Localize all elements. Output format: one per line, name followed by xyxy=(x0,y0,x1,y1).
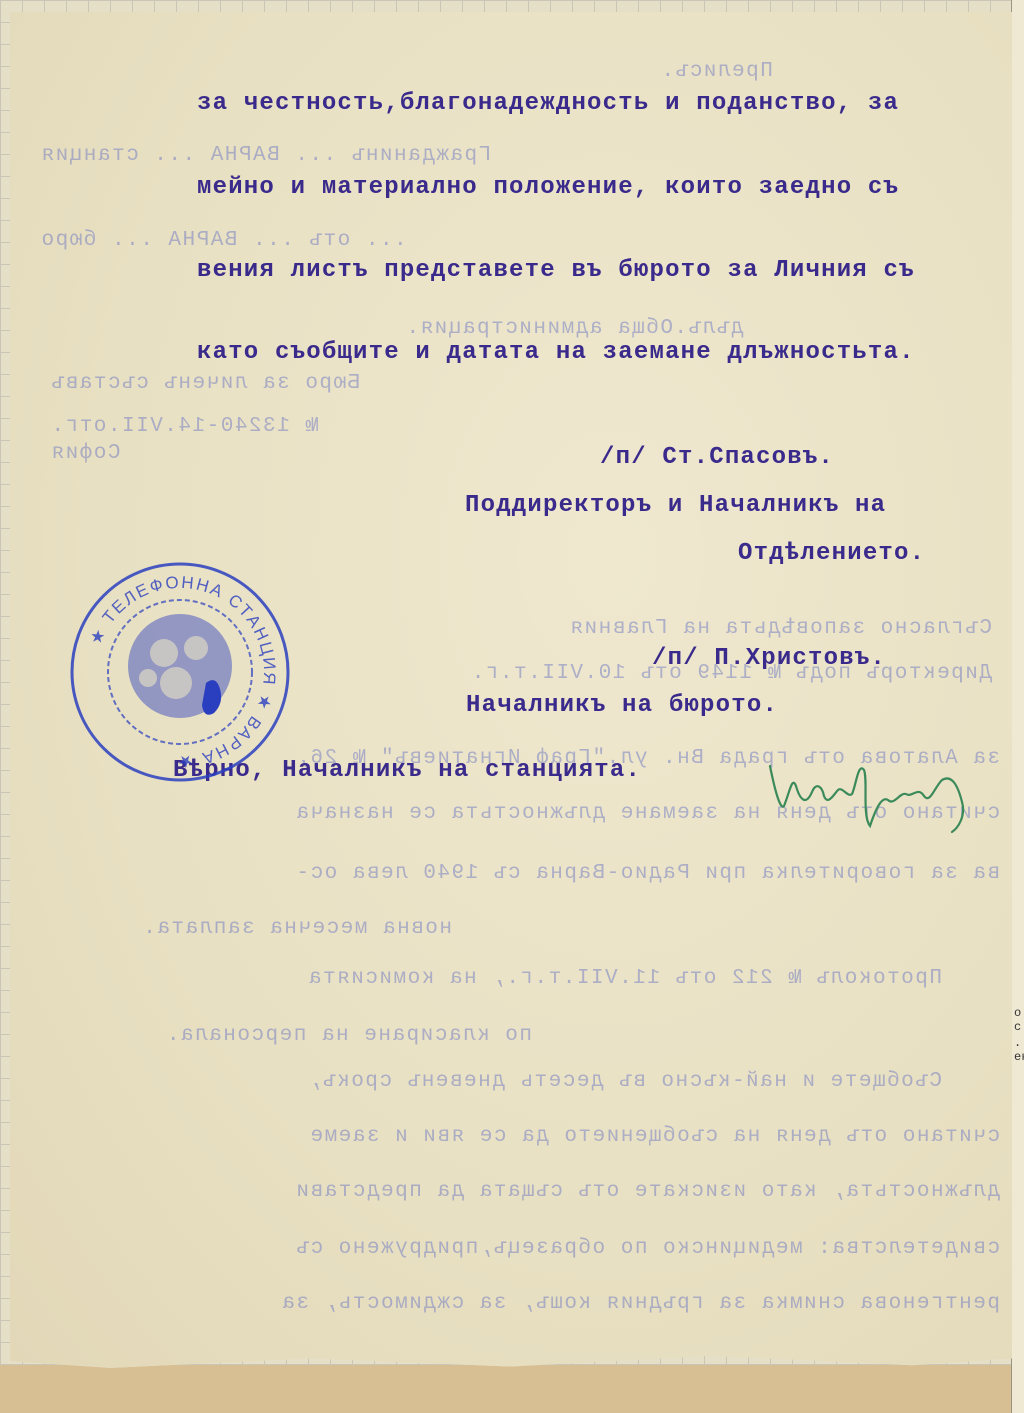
body-line: за честность,благонадеждность и поданств… xyxy=(197,90,899,117)
bleed-line: Прелисъ. xyxy=(660,60,773,83)
signer-spasov: /п/ Ст.Спасовъ. xyxy=(600,444,834,471)
backing-board xyxy=(0,1365,1024,1413)
document-page: Прелисъ. Гражданинъ ... ВАРНА ... станци… xyxy=(10,12,1012,1372)
adjacent-page-edge: о с . ек xyxy=(1011,0,1024,1413)
bleed-line: рентгенова снимка за гръдния кошъ, за сж… xyxy=(281,1292,1000,1315)
handwritten-signature-icon xyxy=(762,756,982,836)
bleed-line: по класиране на персонала. xyxy=(165,1024,532,1047)
bleed-line: считано отъ деня на съобщението да се яв… xyxy=(309,1125,1000,1148)
bleed-line: ва за говорителка при Радио-Варна съ 194… xyxy=(295,862,1000,885)
bleed-line: София xyxy=(50,442,121,465)
bleed-line: новна месечна заплата. xyxy=(142,917,452,940)
bleed-line: Гражданинъ ... ВАРНА ... станция xyxy=(40,144,491,167)
bleed-line: свидетелства: медицинско по образецъ,при… xyxy=(295,1237,1000,1260)
body-line: като съобщите и датата на заемане длъжно… xyxy=(197,339,915,366)
bleed-line: Съобщете и най-късно въ десеть дневенъ с… xyxy=(307,1070,942,1093)
official-stamp-icon: ★ ТЕЛЕФОННА СТАНЦИЯ ★ ВАРНА ★ xyxy=(66,558,294,786)
body-line: вения листъ представете въ бюрото за Лич… xyxy=(197,257,915,284)
bleed-line: длъжностьта, като изискате отъ същата да… xyxy=(295,1180,1000,1203)
bleed-line: Съгласно заповѣдьта на Главния xyxy=(569,617,992,640)
signer-hristov-title: Началникъ на бюрото. xyxy=(466,692,778,719)
bleed-line: Протоколъ № 212 отъ 11.VII.т.г., на коми… xyxy=(307,967,942,990)
signer-hristov: /п/ П.Христовъ. xyxy=(652,645,886,672)
bleed-line: Бюро за личенъ съставъ xyxy=(50,372,360,395)
bleed-line: № 13240-14.VII.отг. xyxy=(50,415,318,438)
signer-spasov-dept: Отдѣлението. xyxy=(738,540,925,567)
bleed-line: ... отъ ... ВАРНА ... бюро xyxy=(40,229,407,252)
body-line: мейно и материално положение, които заед… xyxy=(197,174,899,201)
signer-spasov-title: Поддиректоръ и Началникъ на xyxy=(465,492,886,519)
bleed-line: дълъ.Обща администрация. xyxy=(405,317,743,340)
